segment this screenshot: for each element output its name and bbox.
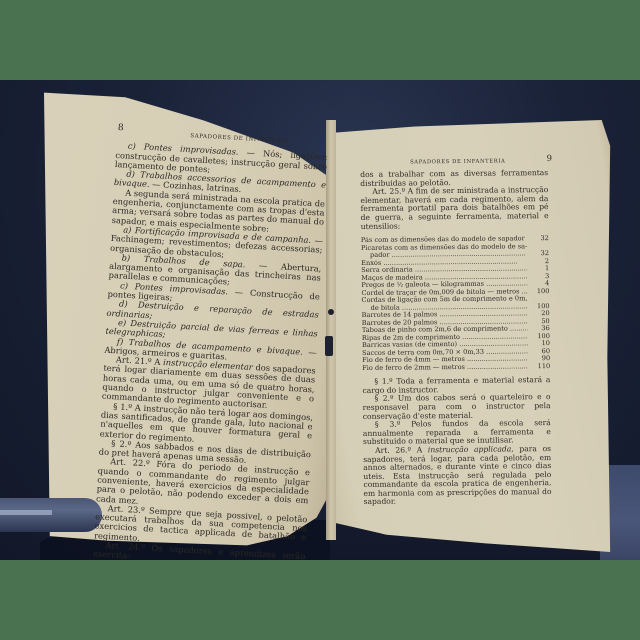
section-3: § 3.º Pelos fundos da escola será annual… — [363, 419, 551, 447]
page-number-left: 8 — [118, 124, 124, 134]
list-item: Fio de ferro de 2mm — metros110 — [362, 363, 550, 372]
thumb-holding-page — [0, 498, 102, 532]
binding-stitch-icon — [328, 309, 334, 315]
item-qty: 100 — [527, 288, 549, 296]
book-spine — [326, 120, 336, 540]
running-header-right: SAPADORES DE INFANTERIA — [410, 157, 506, 167]
equipment-list: Pás com as dimensões das do modelo de sa… — [361, 235, 550, 372]
left-page-text: 8 SAPADORES DE INFANTERIA c) Pontes impr… — [93, 126, 329, 560]
book-photo: 8 SAPADORES DE INFANTERIA c) Pontes impr… — [0, 80, 640, 560]
right-page-text: SAPADORES DE INFANTERIA 9 dos a trabalha… — [360, 155, 552, 507]
page-number-right: 9 — [547, 155, 553, 164]
header-row: SAPADORES DE INFANTERIA 9 — [360, 155, 548, 167]
item-name: Fio de ferro de 2mm — metros — [362, 363, 528, 372]
item-qty: 110 — [528, 363, 550, 371]
article-25: Art. 25.º A fim de ser ministrada a inst… — [360, 186, 548, 231]
thumbnail-highlight — [0, 510, 52, 515]
section-2: § 2.º Um dos cabos será o quarteleiro e … — [362, 393, 550, 421]
article-26: Art. 26.º A instrucção applicada, para o… — [363, 445, 552, 507]
item-qty: 32 — [527, 235, 549, 243]
binding-thread-icon — [325, 336, 333, 356]
article-text: , para os sapadores, terá logar, para ca… — [363, 444, 551, 507]
